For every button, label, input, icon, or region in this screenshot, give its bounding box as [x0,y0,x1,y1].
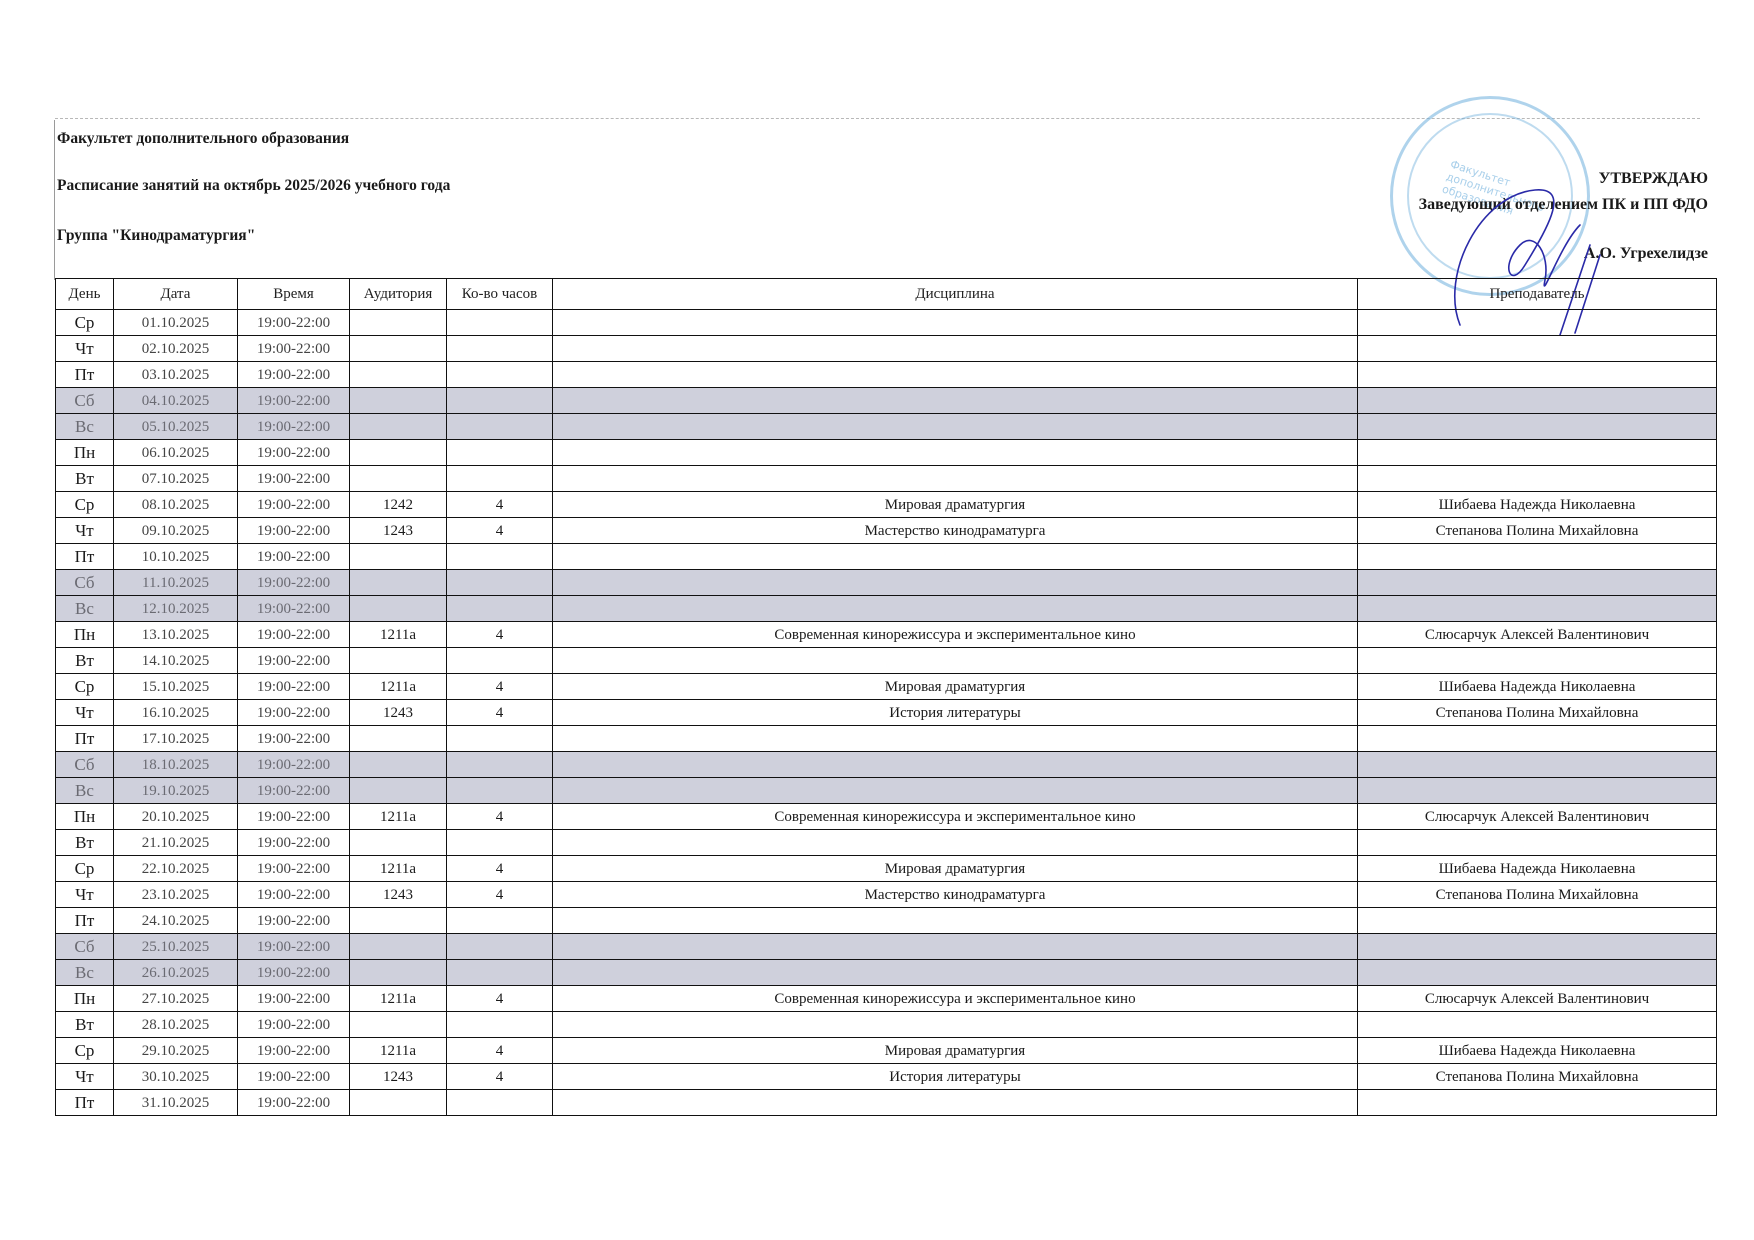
date-cell: 18.10.2025 [114,752,238,778]
room-cell [350,934,447,960]
time-cell: 19:00-22:00 [238,1090,350,1116]
day-cell: Чт [56,1064,114,1090]
room-cell: 1211а [350,674,447,700]
discipline-cell [553,544,1358,570]
hours-cell: 4 [447,492,553,518]
date-cell: 31.10.2025 [114,1090,238,1116]
date-cell: 02.10.2025 [114,336,238,362]
date-cell: 13.10.2025 [114,622,238,648]
room-cell [350,1090,447,1116]
date-cell: 03.10.2025 [114,362,238,388]
table-row: Ср01.10.202519:00-22:00 [56,310,1717,336]
room-cell: 1243 [350,882,447,908]
discipline-cell [553,570,1358,596]
day-cell: Сб [56,934,114,960]
discipline-cell: Современная кинорежиссура и эксперимента… [553,804,1358,830]
time-cell: 19:00-22:00 [238,726,350,752]
room-cell: 1242 [350,492,447,518]
hours-cell: 4 [447,856,553,882]
time-cell: 19:00-22:00 [238,960,350,986]
teacher-cell: Степанова Полина Михайловна [1358,700,1717,726]
column-header-discipline: Дисциплина [553,279,1358,310]
day-cell: Вс [56,596,114,622]
date-cell: 04.10.2025 [114,388,238,414]
room-cell [350,440,447,466]
hours-cell: 4 [447,674,553,700]
day-cell: Чт [56,882,114,908]
room-cell [350,830,447,856]
discipline-cell [553,778,1358,804]
teacher-cell: Шибаева Надежда Николаевна [1358,674,1717,700]
discipline-cell [553,388,1358,414]
day-cell: Пт [56,726,114,752]
day-cell: Пн [56,622,114,648]
teacher-cell: Степанова Полина Михайловна [1358,518,1717,544]
table-row: Ср22.10.202519:00-22:001211а4Мировая дра… [56,856,1717,882]
room-cell [350,310,447,336]
time-cell: 19:00-22:00 [238,310,350,336]
room-cell: 1211а [350,986,447,1012]
time-cell: 19:00-22:00 [238,362,350,388]
date-cell: 11.10.2025 [114,570,238,596]
date-cell: 24.10.2025 [114,908,238,934]
table-row: Сб11.10.202519:00-22:00 [56,570,1717,596]
table-row: Пн20.10.202519:00-22:001211а4Современная… [56,804,1717,830]
teacher-cell [1358,1012,1717,1038]
teacher-cell: Шибаева Надежда Николаевна [1358,492,1717,518]
hours-cell [447,596,553,622]
teacher-cell [1358,648,1717,674]
table-row: Пн27.10.202519:00-22:001211а4Современная… [56,986,1717,1012]
time-cell: 19:00-22:00 [238,1064,350,1090]
table-row: Ср15.10.202519:00-22:001211а4Мировая дра… [56,674,1717,700]
date-cell: 08.10.2025 [114,492,238,518]
room-cell [350,960,447,986]
teacher-cell [1358,908,1717,934]
room-cell: 1211а [350,622,447,648]
table-row: Чт09.10.202519:00-22:0012434Мастерство к… [56,518,1717,544]
column-header-teacher: Преподаватель [1358,279,1717,310]
table-row: Пн06.10.202519:00-22:00 [56,440,1717,466]
hours-cell: 4 [447,986,553,1012]
table-row: Вс19.10.202519:00-22:00 [56,778,1717,804]
day-cell: Сб [56,570,114,596]
discipline-cell [553,336,1358,362]
time-cell: 19:00-22:00 [238,674,350,700]
discipline-cell: Мировая драматургия [553,674,1358,700]
discipline-cell: История литературы [553,700,1358,726]
table-row: Чт30.10.202519:00-22:0012434История лите… [56,1064,1717,1090]
page-title: Расписание занятий на октябрь 2025/2026 … [57,177,450,195]
day-cell: Пн [56,986,114,1012]
table-row: Пн13.10.202519:00-22:001211а4Современная… [56,622,1717,648]
discipline-cell [553,908,1358,934]
teacher-cell [1358,336,1717,362]
discipline-cell [553,752,1358,778]
day-cell: Пт [56,544,114,570]
date-cell: 05.10.2025 [114,414,238,440]
date-cell: 20.10.2025 [114,804,238,830]
table-row: Чт02.10.202519:00-22:00 [56,336,1717,362]
teacher-cell: Шибаева Надежда Николаевна [1358,856,1717,882]
hours-cell [447,310,553,336]
time-cell: 19:00-22:00 [238,648,350,674]
faculty-name: Факультет дополнительного образования [57,130,349,148]
teacher-cell [1358,1090,1717,1116]
teacher-cell [1358,726,1717,752]
day-cell: Вс [56,414,114,440]
room-cell [350,908,447,934]
hours-cell [447,414,553,440]
time-cell: 19:00-22:00 [238,934,350,960]
teacher-cell: Слюсарчук Алексей Валентинович [1358,804,1717,830]
time-cell: 19:00-22:00 [238,414,350,440]
hours-cell [447,778,553,804]
day-cell: Вт [56,466,114,492]
column-header-hours: Ко-во часов [447,279,553,310]
time-cell: 19:00-22:00 [238,596,350,622]
day-cell: Вс [56,960,114,986]
time-cell: 19:00-22:00 [238,388,350,414]
time-cell: 19:00-22:00 [238,700,350,726]
hours-cell [447,830,553,856]
column-header-day: День [56,279,114,310]
discipline-cell [553,414,1358,440]
day-cell: Ср [56,310,114,336]
time-cell: 19:00-22:00 [238,336,350,362]
hours-cell [447,336,553,362]
hours-cell: 4 [447,700,553,726]
day-cell: Пт [56,908,114,934]
date-cell: 27.10.2025 [114,986,238,1012]
time-cell: 19:00-22:00 [238,986,350,1012]
room-cell [350,388,447,414]
hours-cell: 4 [447,882,553,908]
day-cell: Вт [56,1012,114,1038]
hours-cell: 4 [447,518,553,544]
table-row: Вт07.10.202519:00-22:00 [56,466,1717,492]
teacher-cell [1358,596,1717,622]
day-cell: Вт [56,648,114,674]
table-row: Пт24.10.202519:00-22:00 [56,908,1717,934]
day-cell: Ср [56,492,114,518]
room-cell [350,336,447,362]
time-cell: 19:00-22:00 [238,544,350,570]
day-cell: Пт [56,1090,114,1116]
table-row: Сб18.10.202519:00-22:00 [56,752,1717,778]
room-cell: 1211а [350,856,447,882]
teacher-cell: Шибаева Надежда Николаевна [1358,1038,1717,1064]
date-cell: 15.10.2025 [114,674,238,700]
teacher-cell: Степанова Полина Михайловна [1358,882,1717,908]
room-cell: 1211а [350,804,447,830]
day-cell: Ср [56,674,114,700]
table-row: Вс12.10.202519:00-22:00 [56,596,1717,622]
hours-cell: 4 [447,1038,553,1064]
hours-cell [447,934,553,960]
date-cell: 30.10.2025 [114,1064,238,1090]
room-cell [350,726,447,752]
teacher-cell: Слюсарчук Алексей Валентинович [1358,986,1717,1012]
hours-cell [447,908,553,934]
day-cell: Чт [56,700,114,726]
hours-cell [447,362,553,388]
column-header-date: Дата [114,279,238,310]
time-cell: 19:00-22:00 [238,1012,350,1038]
hours-cell: 4 [447,804,553,830]
teacher-cell: Слюсарчук Алексей Валентинович [1358,622,1717,648]
teacher-cell [1358,310,1717,336]
date-cell: 22.10.2025 [114,856,238,882]
discipline-cell [553,830,1358,856]
day-cell: Вс [56,778,114,804]
table-header-row: День Дата Время Аудитория Ко-во часов Ди… [56,279,1717,310]
teacher-cell [1358,960,1717,986]
discipline-cell: История литературы [553,1064,1358,1090]
hours-cell [447,1090,553,1116]
day-cell: Вт [56,830,114,856]
hours-cell: 4 [447,622,553,648]
date-cell: 09.10.2025 [114,518,238,544]
room-cell [350,466,447,492]
time-cell: 19:00-22:00 [238,908,350,934]
teacher-cell [1358,466,1717,492]
date-cell: 21.10.2025 [114,830,238,856]
group-name: Группа "Кинодраматургия" [57,227,255,245]
table-row: Ср08.10.202519:00-22:0012424Мировая драм… [56,492,1717,518]
date-cell: 07.10.2025 [114,466,238,492]
hours-cell [447,388,553,414]
time-cell: 19:00-22:00 [238,570,350,596]
teacher-cell [1358,830,1717,856]
discipline-cell [553,362,1358,388]
day-cell: Пн [56,804,114,830]
date-cell: 06.10.2025 [114,440,238,466]
discipline-cell [553,1012,1358,1038]
time-cell: 19:00-22:00 [238,492,350,518]
time-cell: 19:00-22:00 [238,1038,350,1064]
room-cell [350,778,447,804]
table-row: Сб25.10.202519:00-22:00 [56,934,1717,960]
discipline-cell: Мастерство кинодраматурга [553,882,1358,908]
room-cell: 1243 [350,518,447,544]
table-row: Чт16.10.202519:00-22:0012434История лите… [56,700,1717,726]
day-cell: Сб [56,752,114,778]
table-row: Вт14.10.202519:00-22:00 [56,648,1717,674]
hours-cell: 4 [447,1064,553,1090]
discipline-cell: Мировая драматургия [553,492,1358,518]
discipline-cell: Мировая драматургия [553,1038,1358,1064]
date-cell: 26.10.2025 [114,960,238,986]
table-row: Вт28.10.202519:00-22:00 [56,1012,1717,1038]
time-cell: 19:00-22:00 [238,778,350,804]
discipline-cell [553,960,1358,986]
room-cell [350,648,447,674]
time-cell: 19:00-22:00 [238,882,350,908]
scan-left-border [54,120,55,280]
discipline-cell [553,310,1358,336]
day-cell: Пт [56,362,114,388]
teacher-cell [1358,934,1717,960]
time-cell: 19:00-22:00 [238,622,350,648]
room-cell: 1243 [350,1064,447,1090]
teacher-cell [1358,388,1717,414]
hours-cell [447,440,553,466]
date-cell: 28.10.2025 [114,1012,238,1038]
date-cell: 23.10.2025 [114,882,238,908]
room-cell [350,1012,447,1038]
hours-cell [447,1012,553,1038]
column-header-room: Аудитория [350,279,447,310]
table-row: Пт31.10.202519:00-22:00 [56,1090,1717,1116]
date-cell: 29.10.2025 [114,1038,238,1064]
discipline-cell: Современная кинорежиссура и эксперимента… [553,622,1358,648]
hours-cell [447,648,553,674]
discipline-cell [553,934,1358,960]
schedule-table: День Дата Время Аудитория Ко-во часов Ди… [55,278,1717,1116]
date-cell: 17.10.2025 [114,726,238,752]
table-row: Пт10.10.202519:00-22:00 [56,544,1717,570]
table-row: Ср29.10.202519:00-22:001211а4Мировая дра… [56,1038,1717,1064]
discipline-cell [553,648,1358,674]
teacher-cell [1358,362,1717,388]
room-cell [350,570,447,596]
schedule-rows: Ср01.10.202519:00-22:00Чт02.10.202519:00… [56,310,1717,1116]
date-cell: 25.10.2025 [114,934,238,960]
room-cell [350,362,447,388]
time-cell: 19:00-22:00 [238,804,350,830]
day-cell: Сб [56,388,114,414]
teacher-cell [1358,414,1717,440]
day-cell: Пн [56,440,114,466]
date-cell: 01.10.2025 [114,310,238,336]
teacher-cell [1358,752,1717,778]
day-cell: Ср [56,856,114,882]
hours-cell [447,466,553,492]
table-row: Вс05.10.202519:00-22:00 [56,414,1717,440]
discipline-cell [553,440,1358,466]
room-cell: 1243 [350,700,447,726]
hours-cell [447,544,553,570]
time-cell: 19:00-22:00 [238,518,350,544]
time-cell: 19:00-22:00 [238,466,350,492]
date-cell: 10.10.2025 [114,544,238,570]
discipline-cell: Мировая драматургия [553,856,1358,882]
discipline-cell: Мастерство кинодраматурга [553,518,1358,544]
teacher-cell: Степанова Полина Михайловна [1358,1064,1717,1090]
time-cell: 19:00-22:00 [238,440,350,466]
date-cell: 16.10.2025 [114,700,238,726]
date-cell: 19.10.2025 [114,778,238,804]
discipline-cell [553,726,1358,752]
room-cell [350,414,447,440]
hours-cell [447,960,553,986]
day-cell: Чт [56,336,114,362]
table-row: Пт03.10.202519:00-22:00 [56,362,1717,388]
room-cell [350,544,447,570]
hours-cell [447,752,553,778]
table-row: Чт23.10.202519:00-22:0012434Мастерство к… [56,882,1717,908]
time-cell: 19:00-22:00 [238,752,350,778]
date-cell: 14.10.2025 [114,648,238,674]
column-header-time: Время [238,279,350,310]
time-cell: 19:00-22:00 [238,856,350,882]
table-row: Сб04.10.202519:00-22:00 [56,388,1717,414]
teacher-cell [1358,570,1717,596]
teacher-cell [1358,544,1717,570]
discipline-cell [553,596,1358,622]
room-cell [350,752,447,778]
hours-cell [447,570,553,596]
table-row: Пт17.10.202519:00-22:00 [56,726,1717,752]
table-row: Вт21.10.202519:00-22:00 [56,830,1717,856]
room-cell [350,596,447,622]
table-row: Вс26.10.202519:00-22:00 [56,960,1717,986]
day-cell: Чт [56,518,114,544]
room-cell: 1211а [350,1038,447,1064]
day-cell: Ср [56,1038,114,1064]
teacher-cell [1358,778,1717,804]
hours-cell [447,726,553,752]
discipline-cell [553,466,1358,492]
teacher-cell [1358,440,1717,466]
time-cell: 19:00-22:00 [238,830,350,856]
discipline-cell: Современная кинорежиссура и эксперимента… [553,986,1358,1012]
date-cell: 12.10.2025 [114,596,238,622]
discipline-cell [553,1090,1358,1116]
